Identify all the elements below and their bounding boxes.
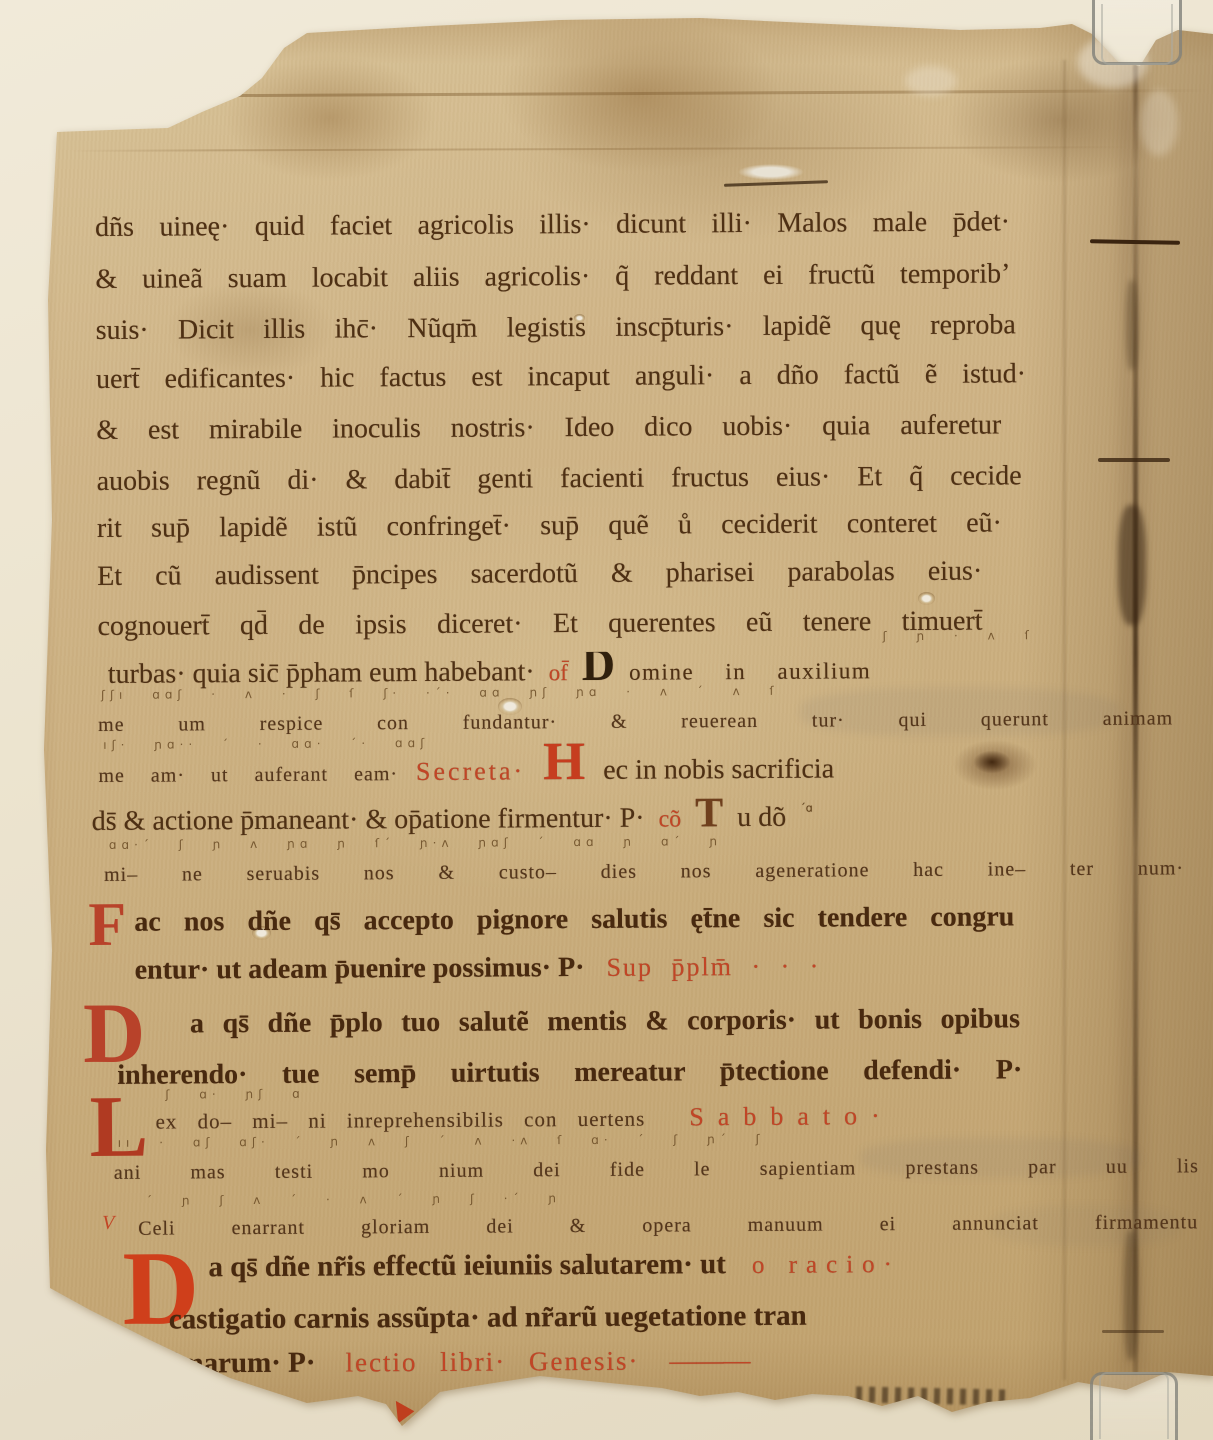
line-text: castigatio carnis assũpta· ad nr̃arũ ueg… <box>169 1300 807 1336</box>
text-line: me am· ut auferant eam· Secreta· H ec in… <box>98 753 834 790</box>
line-text: a qs̄ dñe nr̃is effectũ ieiuniis salutar… <box>208 1248 726 1284</box>
line-text: ⁊ animarum· P· <box>119 1345 316 1381</box>
neume-row: ˊɑ <box>800 802 813 815</box>
text-line: suis· Dicit illis ihc̄· Nũqm̄ legistis i… <box>96 305 1016 355</box>
line-text: dñs uineę· quid faciet agricolis illis· … <box>95 206 1010 243</box>
chant-text: ex do– mi– ni inreprehensibilis con uert… <box>155 1104 645 1137</box>
text-line: uert̄ edificantes· hic factus est incapu… <box>96 354 1026 404</box>
line-text: uert̄ edificantes· hic factus est incapu… <box>96 358 1026 395</box>
rubric-line-filler: ——— <box>669 1345 750 1376</box>
chant-line: mi– ne seruabis nos & custo– dies nos ag… <box>104 853 1184 894</box>
text-block: dñs uineę· quid faciet agricolis illis· … <box>0 0 1213 1440</box>
mounting-clamp-top <box>1092 0 1182 65</box>
manuscript-photograph: dñs uineę· quid faciet agricolis illis· … <box>0 0 1213 1440</box>
line-text: suis· Dicit illis ihc̄· Nũqm̄ legistis i… <box>96 309 1016 346</box>
neume-row: ʃ ɲ · ʌ ſ <box>883 628 1034 643</box>
rubric-lectio: lectio libri· Genesis· <box>345 1346 639 1379</box>
text-line: ⁊ animarum· P· lectio libri· Genesis· ——… <box>119 1342 751 1381</box>
chant-line: ani mas testi mo nium dei fide le sapien… <box>114 1151 1199 1192</box>
line-text: & est mirabile inoculis nostris· Ideo di… <box>96 409 1001 446</box>
line-text: & uineã suam locabit aliis agricolis· q̃… <box>95 258 1010 295</box>
text-line: castigatio carnis assũpta· ad nr̃arũ ueg… <box>169 1296 807 1344</box>
rubric-super-populum: Sup p̄plm̄ · · · <box>606 952 820 983</box>
line-text: me um respice con fundantur· & reuerean … <box>98 707 1173 736</box>
illuminated-initial: F <box>88 894 126 956</box>
line-text: a qs̄ dñe p̄plo tuo salutẽ mentis & corp… <box>190 1003 1020 1039</box>
text-line: a qs̄ dñe nr̃is effectũ ieiuniis salutar… <box>208 1247 901 1284</box>
text-line: auobis regnũ di· & dabit̄ genti facienti… <box>97 456 1022 506</box>
text-line: entur· ut adeam p̄uenire possimus· P· Su… <box>135 951 821 987</box>
text-line: cognouert̄ qd̄ de ipsis diceret· Et quer… <box>97 602 982 651</box>
line-text: rit sup̄ lapidẽ istũ confringet̄· sup̄ q… <box>97 507 1002 544</box>
text-line: Et cũ audissent p̄ncipes sacerdotũ & pha… <box>97 552 982 601</box>
line-text: cognouert̄ qd̄ de ipsis diceret· Et quer… <box>97 606 982 642</box>
line-text: ec in nobis sacrificia <box>603 753 834 786</box>
neume-row: ɑɑ·ˊ ʃ ɲ ʌ ɲɑ ɲ ſˊ ɲ·ʌ ɲɑʃ ˊ ɑɑ ɲ ɑˊ ɲ <box>109 834 722 852</box>
rubric-oratio: o racio· <box>752 1251 901 1280</box>
rubric-communio: cõ <box>658 806 681 833</box>
line-text: entur· ut adeam p̄uenire possimus· P· <box>135 952 585 987</box>
text-line: & est mirabile inoculis nostris· Ideo di… <box>96 405 1001 455</box>
parchment-leaf: dñs uineę· quid faciet agricolis illis· … <box>0 0 1213 1440</box>
rubric-secreta: Secreta· <box>416 756 525 787</box>
text-line: rit sup̄ lapidẽ istũ confringet̄· sup̄ q… <box>97 503 1002 553</box>
line-text: ac nos dñe qs̄ accepto pignore salutis ę… <box>134 901 1014 937</box>
versus-mark: V <box>102 1212 114 1235</box>
text-line: dñs uineę· quid faciet agricolis illis· … <box>95 202 1010 252</box>
text-line: ac nos dñe qs̄ accepto pignore salutis ę… <box>134 897 1014 946</box>
rubric-sabbato: Sabbato· <box>689 1101 894 1132</box>
chant-text: me am· ut auferant eam· <box>98 759 398 791</box>
text-line: ex do– mi– ni inreprehensibilis con uert… <box>155 1101 893 1137</box>
neume-row: ʃʃı ɑɑʃ · ʌ · ʃ ſ ʃ· ·ˊ· ɑɑ ɲʃ ɲɑ · ʌ ˊ … <box>101 684 779 702</box>
neume-row: ıı · ɑʃ ɑʃ· ˊ ɲ ʌ ʃ ˊ ʌ ·ʌ ſ ɑ· ˊ ʃ ɲˊ ʃ <box>118 1132 765 1150</box>
mounting-clamp-bottom <box>1090 1372 1178 1440</box>
line-text: Et cũ audissent p̄ncipes sacerdotũ & pha… <box>97 556 982 592</box>
line-text: Celi enarrant gloriam dei & opera manuum… <box>138 1211 1198 1239</box>
text-line: & uineã suam locabit aliis agricolis· q̃… <box>95 254 1010 304</box>
line-text: ani mas testi mo nium dei fide le sapien… <box>114 1155 1199 1184</box>
line-text: u dõ <box>737 802 786 834</box>
neume-row: ıʃ· ɲɑ·· ˊ · ɑɑ· ˊ· ɑɑʃ <box>103 736 429 752</box>
neume-row: ʃ ɑ· ɲʃ ɑ <box>165 1087 304 1102</box>
line-text: mi– ne seruabis nos & custo– dies nos ag… <box>104 857 1184 886</box>
line-text: ds̄ & actione p̄maneant· & op̄atione fir… <box>92 803 645 838</box>
chant-line: Celi enarrant gloriam dei & opera manuum… <box>138 1207 1198 1247</box>
text-line: a qs̄ dñe p̄plo tuo salutẽ mentis & corp… <box>190 999 1020 1048</box>
neume-row: ˊ ɲ ʃ ʌ ˊ · ʌ ˊ ɲ ʃ ·ˊ ɲ <box>146 1191 561 1208</box>
line-text: inherendo· tue semp̄ uirtutis mereatur p… <box>117 1054 1022 1091</box>
text-line: ds̄ & actione p̄maneant· & op̄atione fir… <box>92 802 813 838</box>
line-text: auobis regnũ di· & dabit̄ genti facienti… <box>97 460 1022 497</box>
